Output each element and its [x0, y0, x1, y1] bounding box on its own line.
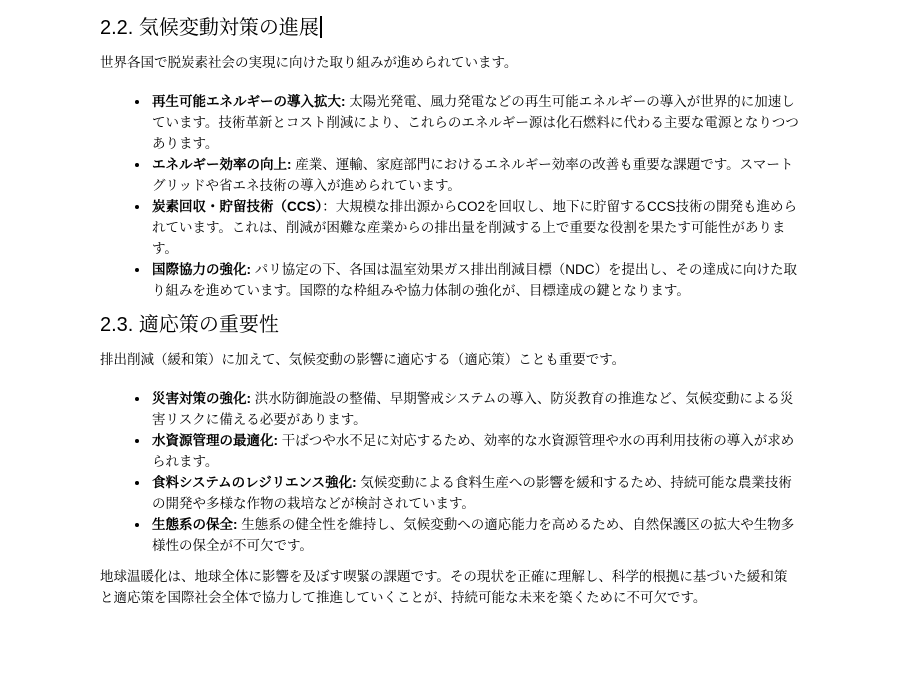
list-item[interactable]: エネルギー効率の向上: 産業、運輸、家庭部門におけるエネルギー効率の改善も重要な… [150, 154, 800, 196]
bullet-lead: 炭素回収・貯留技術（CCS） [152, 199, 322, 214]
section-intro-2-2[interactable]: 世界各国で脱炭素社会の実現に向けた取り組みが進められています。 [100, 52, 800, 73]
list-item[interactable]: 生態系の保全: 生態系の健全性を維持し、気候変動への適応能力を高めるため、自然保… [150, 514, 800, 556]
heading-text: 2.3. 適応策の重要性 [100, 314, 279, 336]
list-item[interactable]: 水資源管理の最適化: 干ばつや水不足に対応するため、効率的な水資源管理や水の再利… [150, 430, 800, 472]
list-item[interactable]: 災害対策の強化: 洪水防御施設の整備、早期警戒システムの導入、防災教育の推進など… [150, 388, 800, 430]
bullet-lead: 国際協力の強化: [152, 262, 251, 277]
list-item[interactable]: 国際協力の強化: パリ協定の下、各国は温室効果ガス排出削減目標（NDC）を提出し… [150, 259, 800, 301]
list-item[interactable]: 食料システムのレジリエンス強化: 気候変動による食料生産への影響を緩和するため、… [150, 472, 800, 514]
bullet-lead: 食料システムのレジリエンス強化: [152, 475, 357, 490]
list-item[interactable]: 炭素回収・貯留技術（CCS）：大規模な排出源からCO2を回収し、地下に貯留するC… [150, 196, 800, 259]
bullet-lead: エネルギー効率の向上: [152, 157, 292, 172]
section-intro-2-3[interactable]: 排出削減（緩和策）に加えて、気候変動の影響に適応する（適応策）ことも重要です。 [100, 349, 800, 370]
heading-text: 2.2. 気候変動対策の進展 [100, 17, 319, 39]
document-page[interactable]: 2.2. 気候変動対策の進展 世界各国で脱炭素社会の実現に向けた取り組みが進めら… [0, 0, 900, 700]
bullet-lead: 再生可能エネルギーの導入拡大: [152, 94, 346, 109]
text-cursor [320, 16, 322, 38]
list-item[interactable]: 再生可能エネルギーの導入拡大: 太陽光発電、風力発電などの再生可能エネルギーの導… [150, 91, 800, 154]
bullet-lead: 生態系の保全: [152, 517, 238, 532]
closing-paragraph[interactable]: 地球温暖化は、地球全体に影響を及ぼす喫緊の課題です。その現状を正確に理解し、科学… [100, 566, 800, 608]
bullet-body: 生態系の健全性を維持し、気候変動への適応能力を高めるため、自然保護区の拡大や生物… [152, 517, 794, 553]
bullet-lead: 水資源管理の最適化: [152, 433, 278, 448]
bullet-lead: 災害対策の強化: [152, 391, 251, 406]
section-heading-2-3[interactable]: 2.3. 適応策の重要性 [100, 311, 800, 339]
bullet-list-2-2: 再生可能エネルギーの導入拡大: 太陽光発電、風力発電などの再生可能エネルギーの導… [100, 91, 800, 301]
bullet-list-2-3: 災害対策の強化: 洪水防御施設の整備、早期警戒システムの導入、防災教育の推進など… [100, 388, 800, 556]
section-heading-2-2[interactable]: 2.2. 気候変動対策の進展 [100, 14, 800, 42]
